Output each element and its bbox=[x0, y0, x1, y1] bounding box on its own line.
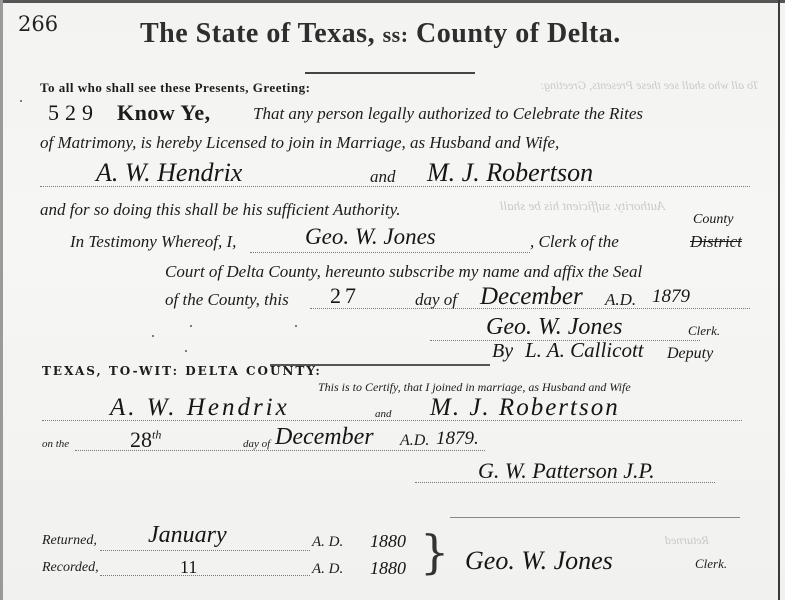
license-text-line1: That any person legally authorized to Ce… bbox=[253, 104, 643, 124]
title-county: County of Delta. bbox=[416, 18, 621, 49]
deputy-by: By bbox=[492, 340, 513, 363]
ink-speck bbox=[20, 100, 22, 102]
certificate-day-of: day of bbox=[243, 438, 270, 450]
and-text: and bbox=[370, 167, 396, 187]
court-struck-district: District bbox=[690, 232, 742, 252]
license-month: December bbox=[480, 283, 583, 311]
certificate-ad: A.D. bbox=[400, 432, 429, 450]
clerk-title: Clerk. bbox=[688, 323, 720, 339]
footer-clerk-signature: Geo. W. Jones bbox=[465, 546, 613, 576]
certificate-day: 28th bbox=[130, 427, 161, 453]
returned-line bbox=[100, 550, 310, 551]
recorded-year: 1880 bbox=[370, 558, 406, 579]
testimony-label: In Testimony Whereof, I, bbox=[70, 232, 236, 252]
footer-brace: } bbox=[420, 525, 449, 579]
recorded-label: Recorded, bbox=[42, 560, 99, 576]
wife-name: M. J. Robertson bbox=[427, 158, 593, 188]
bleed-through-text: Authority. sufficient his be shall bbox=[500, 198, 665, 214]
license-year: 1879 bbox=[652, 286, 690, 308]
license-text-line4: and for so doing this shall be his suffi… bbox=[40, 200, 400, 220]
license-text-line6: Court of Delta County, hereunto subscrib… bbox=[165, 262, 642, 282]
greeting: To all who shall see these Presents, Gre… bbox=[40, 80, 310, 96]
license-number: 529 bbox=[48, 100, 99, 126]
deputy-name: L. A. Callicott bbox=[525, 338, 644, 363]
certificate-year: 1879. bbox=[436, 428, 479, 450]
title-flourish bbox=[305, 72, 475, 74]
clerk-of-the-text: , Clerk of the bbox=[530, 232, 619, 252]
on-the-text: on the bbox=[42, 438, 69, 450]
returned-ad: A. D. bbox=[312, 534, 343, 551]
title-ss: ss: bbox=[383, 22, 409, 47]
license-text-line2: of Matrimony, is hereby Licensed to join… bbox=[40, 133, 559, 153]
returned-label: Returned, bbox=[42, 533, 97, 549]
certificate-day-number: 28 bbox=[130, 427, 152, 452]
document-title: The State of Texas, ss: County of Delta. bbox=[140, 18, 621, 50]
clerk-name: Geo. W. Jones bbox=[305, 224, 436, 250]
husband-name: A. W. Hendrix bbox=[96, 158, 242, 188]
court-inserted-county: County bbox=[693, 212, 733, 228]
bleed-through-text: Returned bbox=[665, 533, 709, 548]
certificate-husband: A. W. Hendrix bbox=[110, 394, 290, 422]
page-number: 266 bbox=[18, 12, 58, 36]
footer-separator bbox=[450, 517, 740, 518]
ink-speck bbox=[152, 335, 154, 337]
officiant-signature: G. W. Patterson J.P. bbox=[478, 458, 655, 484]
footer-clerk-title: Clerk. bbox=[695, 556, 727, 572]
certificate-wife: M. J. Robertson bbox=[430, 394, 620, 422]
recorded-line bbox=[100, 575, 310, 576]
marriage-license-document: To all who shall see these Presents, Gre… bbox=[0, 0, 785, 600]
returned-year: 1880 bbox=[370, 531, 406, 552]
certificate-day-suffix: th bbox=[152, 428, 161, 442]
returned-value: January bbox=[148, 522, 227, 549]
clerk-signature: Geo. W. Jones bbox=[486, 314, 622, 341]
ink-speck bbox=[185, 350, 187, 352]
certificate-heading: TEXAS, TO-WIT: DELTA COUNTY: bbox=[42, 364, 322, 378]
certificate-month: December bbox=[275, 424, 374, 451]
know-ye-heading: Know Ye, bbox=[117, 100, 211, 126]
day-of-text: day of bbox=[415, 290, 457, 310]
license-day: 27 bbox=[330, 283, 360, 309]
left-border bbox=[0, 0, 3, 600]
license-text-line7: of the County, this bbox=[165, 290, 289, 310]
ad-text: A.D. bbox=[605, 290, 636, 310]
top-border bbox=[0, 0, 785, 3]
recorded-value: 11 bbox=[180, 557, 197, 578]
ink-speck bbox=[295, 325, 297, 327]
ink-speck bbox=[190, 325, 192, 327]
clerk-name-line bbox=[250, 252, 530, 253]
deputy-title: Deputy bbox=[667, 345, 713, 363]
certificate-text: This is to Certify, that I joined in mar… bbox=[318, 380, 631, 395]
certificate-and: and bbox=[375, 408, 392, 420]
title-state: The State of Texas, bbox=[140, 18, 375, 49]
right-border bbox=[778, 0, 780, 600]
bleed-through-text: To all who shall see these Presents, Gre… bbox=[540, 78, 759, 93]
recorded-ad: A. D. bbox=[312, 561, 343, 578]
